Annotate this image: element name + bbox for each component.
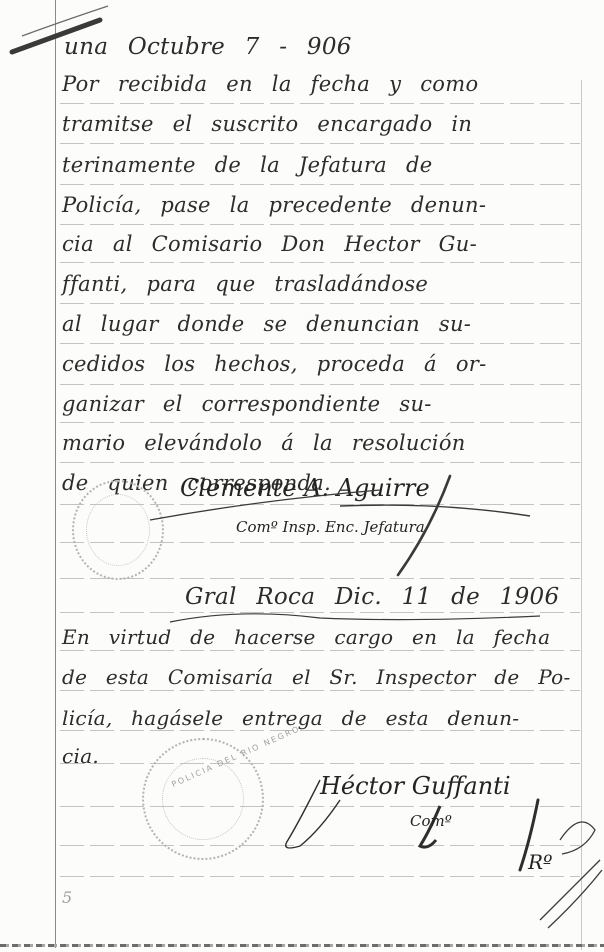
entry-2-signature-title: Comº — [410, 812, 452, 830]
ruled-line — [60, 763, 580, 764]
ruled-line — [60, 143, 580, 144]
ruled-line — [60, 343, 580, 344]
signature-flourish — [280, 770, 604, 940]
page-bottom-edge — [0, 944, 604, 947]
entry-1-line: cedidos los hechos, proceda á or- — [62, 352, 487, 376]
entry-1-signature-title: Comº Insp. Enc. Jefatura — [236, 518, 425, 536]
entry-1-line: cia al Comisario Don Hector Gu- — [62, 232, 477, 256]
ruled-line — [60, 690, 580, 691]
entry-2-line: cia. — [62, 744, 99, 768]
entry-1-line: ganizar el correspondiente su- — [62, 392, 432, 416]
ruled-line — [60, 462, 580, 463]
ruled-line — [60, 303, 580, 304]
left-margin-line — [55, 0, 56, 948]
entry-1-line: al lugar donde se denuncian su- — [62, 312, 471, 336]
entry-1-line: mario elevándolo á la resolución — [62, 431, 466, 455]
entry-2-line: de esta Comisaría el Sr. Inspector de Po… — [62, 665, 571, 689]
entry-2-line: En virtud de hacerse cargo en la fecha — [62, 625, 550, 649]
entry-1-line: tramitse el suscrito encargado in — [62, 112, 472, 136]
page-mark: 5 — [62, 888, 72, 907]
entry-1-header: una Octubre 7 - 906 — [64, 34, 352, 60]
ruled-line — [60, 262, 580, 263]
rubric-mark: Rº — [528, 850, 552, 874]
entry-1-line: ffanti, para que trasladándose — [62, 272, 428, 296]
entry-1-line: terinamente de la Jefatura de — [62, 153, 432, 177]
ruled-line — [60, 730, 580, 731]
ruled-line — [60, 422, 580, 423]
ruled-line — [60, 384, 580, 385]
document-page: una Octubre 7 - 906 Por recibida en la f… — [0, 0, 604, 952]
ruled-line — [60, 184, 580, 185]
ruled-line — [60, 650, 580, 651]
ruled-line — [60, 103, 580, 104]
ruled-line — [60, 224, 580, 225]
entry-1-line: Por recibida en la fecha y como — [62, 72, 478, 96]
entry-1-line: Policía, pase la precedente denun- — [62, 193, 486, 217]
